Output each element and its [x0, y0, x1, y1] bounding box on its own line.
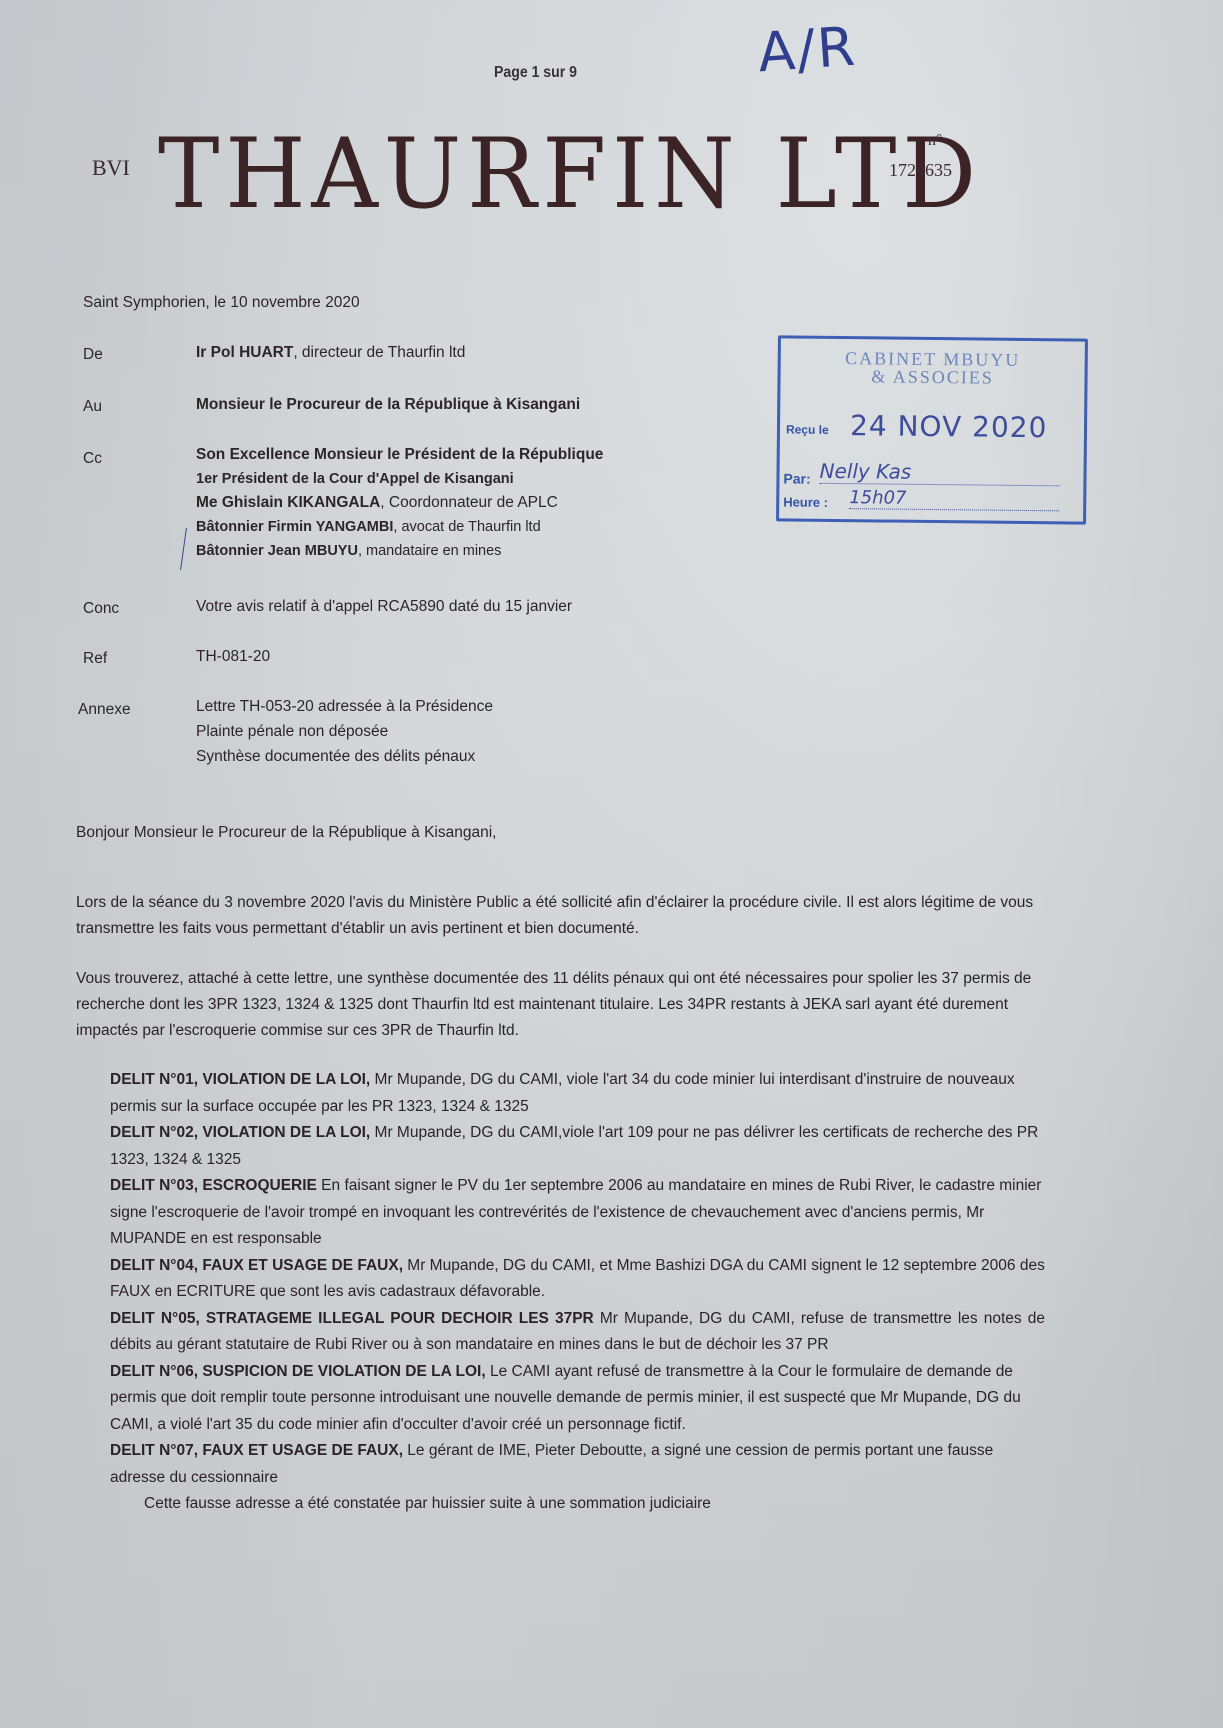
delit-note: Cette fausse adresse a été constatée par…: [110, 1491, 1045, 1518]
stamp-time-label: Heure :: [783, 494, 828, 509]
cc-line: Me Ghislain KIKANGALA, Coordonnateur de …: [196, 491, 603, 515]
from-title: , directeur de Thaurfin ltd: [293, 344, 465, 361]
from-value: Ir Pol HUART, directeur de Thaurfin ltd: [196, 340, 465, 365]
annex-item: Lettre TH-053-20 adressée à la Présidenc…: [196, 694, 493, 719]
cc-list: Son Excellence Monsieur le Président de …: [196, 443, 603, 563]
delit-item: DELIT N°03, ESCROQUERIE En faisant signe…: [110, 1173, 1045, 1253]
from-name: Ir Pol HUART: [196, 344, 293, 361]
greeting: Bonjour Monsieur le Procureur de la Répu…: [76, 820, 496, 845]
subject-value: Votre avis relatif à d'appel RCA5890 dat…: [196, 594, 572, 619]
annex-list: Lettre TH-053-20 adressée à la Présidenc…: [196, 694, 493, 769]
stamp-received-label: Reçu le: [786, 422, 829, 436]
stamp-by-label: Par:: [783, 470, 810, 486]
delit-item: DELIT N°06, SUSPICION DE VIOLATION DE LA…: [110, 1359, 1045, 1439]
delit-item: DELIT N°02, VIOLATION DE LA LOI, Mr Mupa…: [110, 1120, 1045, 1173]
stamp-by-value: Nelly Kas: [819, 459, 1059, 487]
stamp-title: CABINET MBUYU & ASSOCIES: [780, 348, 1084, 387]
paragraph-intro: Lors de la séance du 3 novembre 2020 l'a…: [76, 890, 1056, 942]
page-indicator: Page 1 sur 9: [494, 64, 577, 82]
to-value: Monsieur le Procureur de la République à…: [196, 392, 580, 417]
company-logo: THAURFIN LTD: [158, 118, 982, 230]
cc-line: Bâtonnier Firmin YANGAMBI, avocat de Tha…: [196, 515, 603, 539]
from-label: De: [83, 342, 103, 367]
cc-line: Bâtonnier Jean MBUYU, mandataire en mine…: [196, 539, 603, 563]
subject-label: Conc: [83, 596, 119, 621]
stamp-time-value: 15h07: [849, 487, 1059, 511]
ref-value: TH-081-20: [196, 644, 270, 669]
annex-item: Plainte pénale non déposée: [196, 719, 493, 744]
cc-label: Cc: [83, 446, 102, 471]
stamp-received-date: 24 NOV 2020: [850, 409, 1048, 444]
registration-label: n°: [928, 132, 942, 150]
cc-line: Son Excellence Monsieur le Président de …: [196, 443, 603, 467]
cc-line: 1er Président de la Cour d'Appel de Kisa…: [196, 467, 603, 491]
delits-list: DELIT N°01, VIOLATION DE LA LOI, Mr Mupa…: [110, 1067, 1045, 1518]
to-label: Au: [83, 394, 102, 419]
received-stamp: CABINET MBUYU & ASSOCIES Reçu le 24 NOV …: [776, 335, 1088, 524]
paragraph-synthesis: Vous trouverez, attaché à cette lettre, …: [76, 966, 1056, 1044]
registration-number: 1724635: [889, 160, 952, 181]
jurisdiction-label: BVI: [92, 155, 130, 181]
delit-item: DELIT N°01, VIOLATION DE LA LOI, Mr Mupa…: [110, 1067, 1045, 1120]
delit-item: DELIT N°07, FAUX ET USAGE DE FAUX, Le gé…: [110, 1438, 1045, 1491]
place-date: Saint Symphorien, le 10 novembre 2020: [83, 290, 360, 315]
ref-label: Ref: [83, 646, 107, 671]
handwritten-ar-mark: A/R: [756, 15, 859, 85]
handwritten-checkmark: [180, 528, 197, 570]
delit-item: DELIT N°04, FAUX ET USAGE DE FAUX, Mr Mu…: [110, 1253, 1045, 1306]
annex-label: Annexe: [78, 697, 131, 722]
document-page: Page 1 sur 9 A/R BVI THAURFIN LTD n° 172…: [0, 0, 1223, 1728]
delit-item: DELIT N°05, STRATAGEME ILLEGAL POUR DECH…: [110, 1306, 1045, 1359]
annex-item: Synthèse documentée des délits pénaux: [196, 744, 493, 769]
